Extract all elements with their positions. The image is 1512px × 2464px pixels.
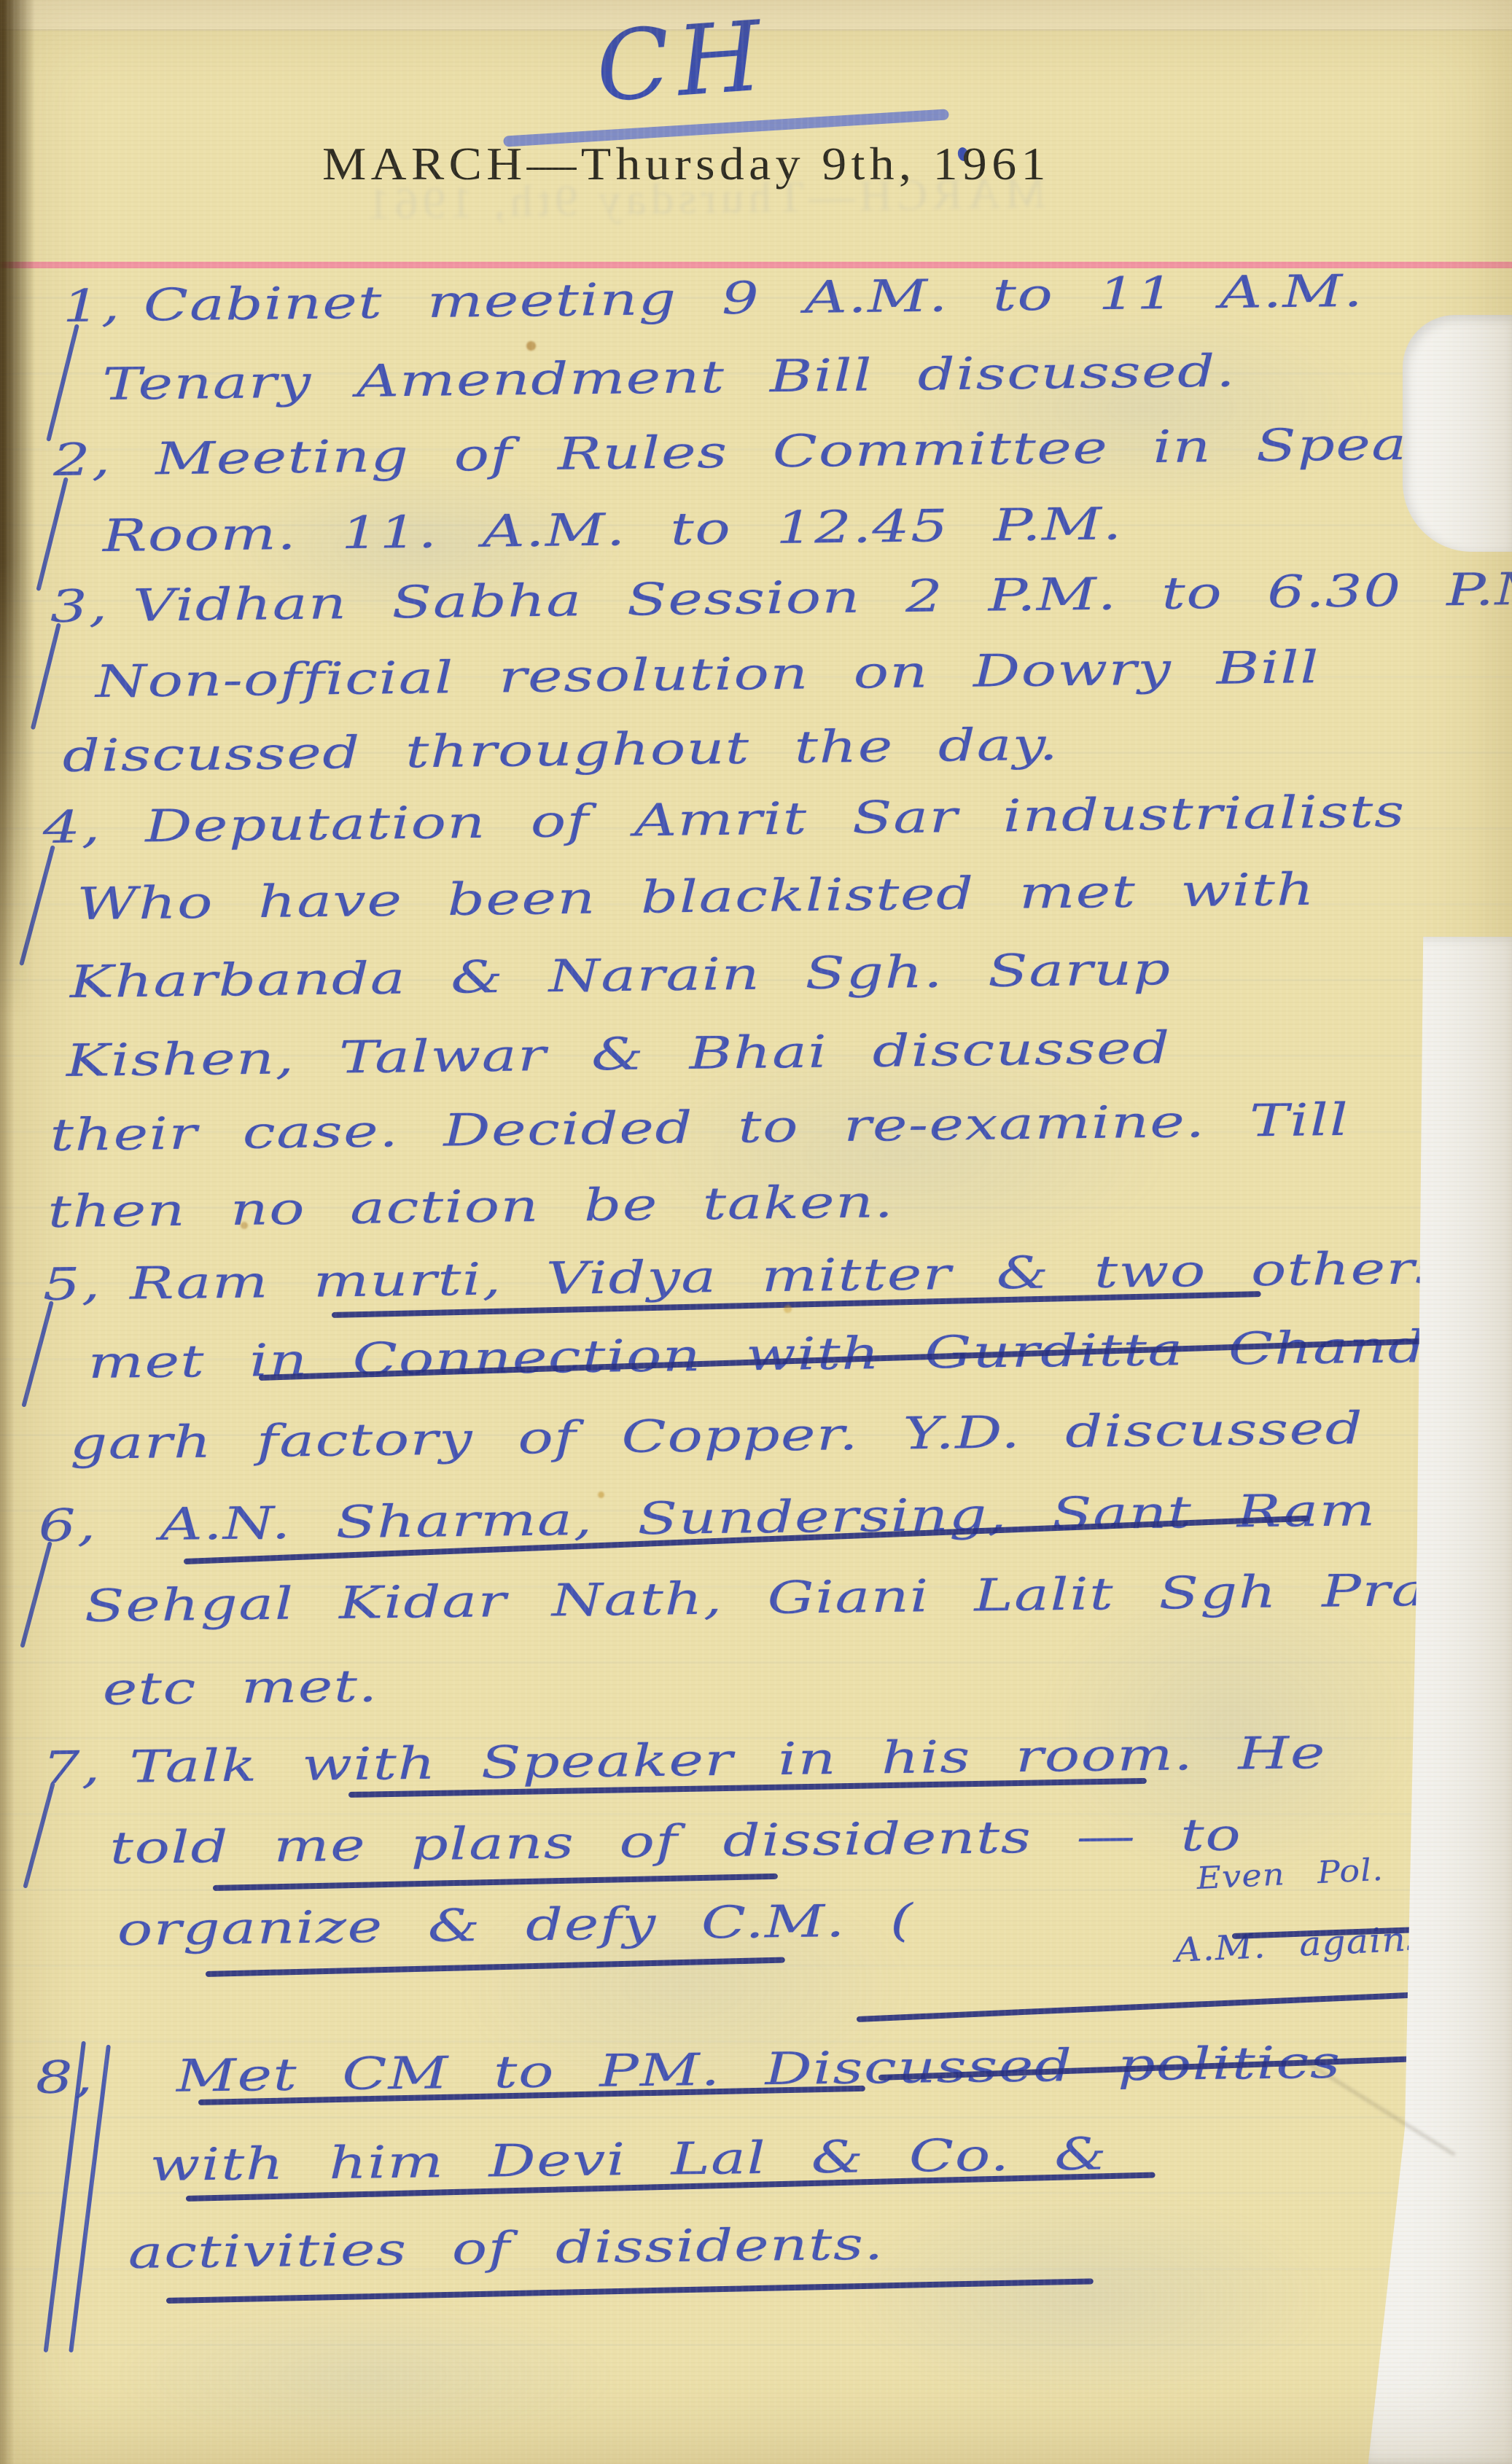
margin-slash-stroke (46, 324, 79, 442)
underline-stroke (166, 2278, 1094, 2304)
corner-annotation: CH (593, 0, 772, 124)
entry-text: organize & defy C.M. ( (117, 1895, 914, 1956)
paper-stain (526, 341, 536, 351)
date-header: MARCH—Thursday 9th, 1961 (322, 137, 1051, 191)
manuscript-line: 1,Cabinet meeting 9 A.M. to 11 A.M. (62, 265, 1364, 332)
manuscript-line: Non-official resolution on Dowry Bill (95, 642, 1320, 708)
manuscript-line: Kishen, Talwar & Bhai discussed (66, 1022, 1172, 1087)
binding-shadow-soft (0, 0, 15, 2464)
entry-text: activities of dissidents. (128, 2218, 884, 2279)
showthrough-blob (911, 306, 1378, 510)
underline-stroke (206, 1957, 785, 1977)
entry-text: discussed throughout the day. (62, 719, 1059, 782)
entry-text: Cabinet meeting 9 A.M. to 11 A.M. (143, 265, 1363, 332)
diary-page: CH MARCH—Thursday 9th, 1961 MARCH—Thursd… (0, 0, 1512, 2464)
entry-text: Who have been blacklisted met with (77, 864, 1315, 930)
entry-text: Talk with Speaker in his room. He (129, 1727, 1326, 1793)
entry-text: Sehgal Kidar Nath, Giani Lalit Sgh Prata… (84, 1563, 1512, 1632)
manuscript-line: then no action be taken. (47, 1176, 895, 1238)
manuscript-line: organize & defy C.M. ( (117, 1895, 914, 1956)
manuscript-line: told me plans of dissidents — to (109, 1809, 1242, 1874)
page-edge-notch (1403, 315, 1512, 552)
entry-text: A.M. against (1174, 1918, 1443, 1970)
manuscript-line: Kharbanda & Narain Sgh. Sarup (69, 943, 1172, 1008)
manuscript-line: Room. 11. A.M. to 12.45 P.M. (102, 498, 1123, 562)
entry-text: their case. Decided to re-examine. Till (50, 1094, 1349, 1161)
manuscript-line: activities of dissidents. (128, 2218, 884, 2279)
manuscript-line: garh factory of Copper. Y.D. discussed (69, 1403, 1364, 1470)
manuscript-line: their case. Decided to re-examine. Till (50, 1094, 1349, 1161)
manuscript-line: 3,Vidhan Sabha Session 2 P.M. to 6.30 P.… (50, 563, 1512, 633)
entry-text: Meeting of Rules Committee in Speakers (155, 417, 1512, 486)
manuscript-line: Sehgal Kidar Nath, Giani Lalit Sgh Prata… (84, 1563, 1512, 1632)
entry-text: told me plans of dissidents — to (109, 1809, 1242, 1874)
manuscript-line: discussed throughout the day. (62, 719, 1059, 782)
manuscript-line: 5,Ram murti, Vidya mitter & two others (42, 1242, 1447, 1311)
margin-slash-stroke (31, 623, 61, 730)
entry-text: Vidhan Sabha Session 2 P.M. to 6.30 P.M. (133, 563, 1512, 632)
margin-slash-stroke (20, 1541, 52, 1648)
entry-number: 1, (62, 280, 121, 332)
margin-slash-stroke (36, 477, 69, 591)
entry-text: then no action be taken. (47, 1176, 895, 1238)
entry-text: garh factory of Copper. Y.D. discussed (69, 1403, 1364, 1470)
entry-text: Kharbanda & Narain Sgh. Sarup (69, 943, 1172, 1008)
margin-slash-stroke (23, 1782, 55, 1888)
manuscript-line: Tenary Amendment Bill discussed. (102, 346, 1236, 410)
entry-text: Room. 11. A.M. to 12.45 P.M. (102, 498, 1123, 562)
underline-stroke (857, 1989, 1491, 2022)
showthrough-blob (838, 2187, 1334, 2406)
entry-text: Non-official resolution on Dowry Bill (95, 642, 1320, 708)
manuscript-line: 4,Deputation of Amrit Sar industrialists (42, 786, 1406, 854)
manuscript-line: A.M. against (1174, 1918, 1443, 1970)
manuscript-line: etc met. (102, 1661, 378, 1715)
entry-text: etc met. (102, 1661, 378, 1715)
margin-slash-stroke (21, 1301, 54, 1407)
underline-stroke (213, 1874, 778, 1891)
entry-text: Kishen, Talwar & Bhai discussed (66, 1022, 1172, 1087)
showthrough-blob (109, 2296, 620, 2457)
entry-text: Deputation of Amrit Sar industrialists (144, 786, 1406, 853)
entry-text: Tenary Amendment Bill discussed. (102, 346, 1236, 410)
entry-number: 2, (52, 434, 112, 486)
manuscript-line: 2,Meeting of Rules Committee in Speakers (52, 417, 1512, 486)
scanner-background (1359, 937, 1512, 2464)
entry-text: Ram murti, Vidya mitter & two others (129, 1242, 1447, 1309)
entry-number: 8, (35, 2051, 94, 2104)
manuscript-line: Who have been blacklisted met with (77, 864, 1315, 930)
